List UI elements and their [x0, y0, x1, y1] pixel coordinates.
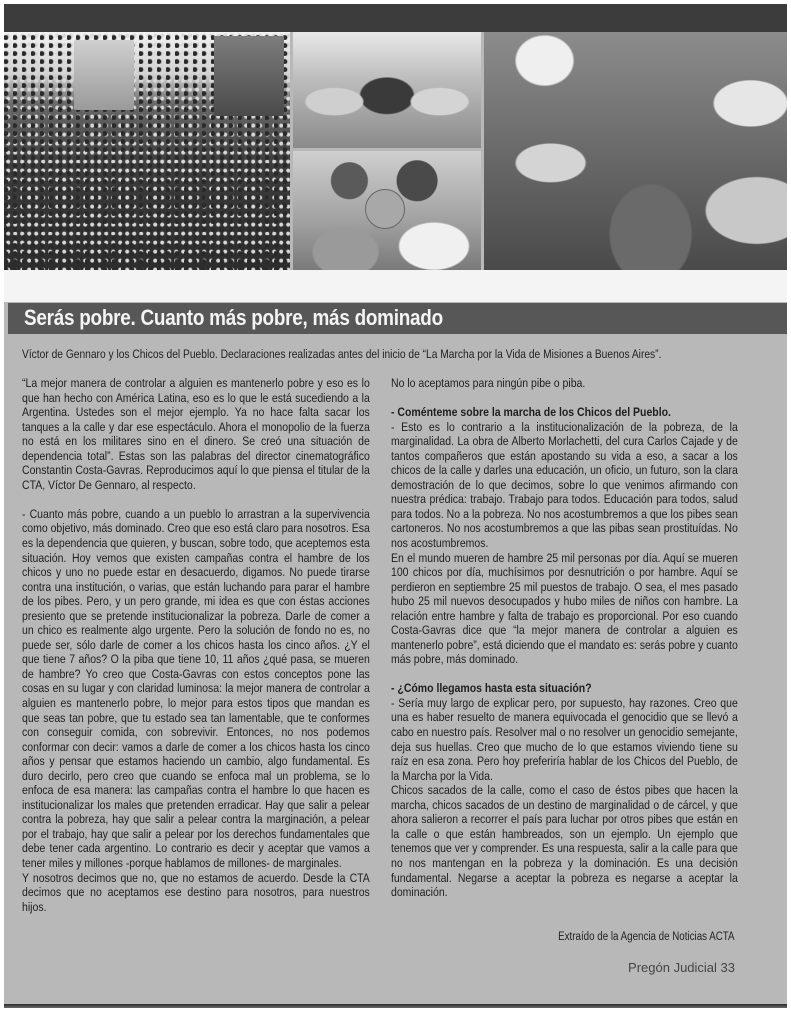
article-subtitle: Víctor de Gennaro y los Chicos del Puebl…	[22, 347, 661, 361]
headline-bar: Serás pobre. Cuanto más pobre, más domin…	[8, 303, 787, 334]
page-footer: Pregón Judicial 33	[628, 960, 735, 975]
answer-1-paragraph: - Esto es lo contrario a la instituciona…	[391, 420, 738, 551]
answer-paragraph-end: Y nosotros decimos que no, que no estamo…	[22, 871, 370, 915]
answer-2-paragraph: Chicos sacados de la calle, como el caso…	[391, 783, 738, 899]
source-credit: Extraído de la Agencia de Noticias ACTA	[559, 931, 735, 943]
left-column: “La mejor manera de controlar a alguien …	[22, 376, 370, 914]
photo-crowd-march	[4, 32, 290, 270]
answer-paragraph: - Cuanto más pobre, cuando a un pueblo l…	[22, 507, 370, 871]
photo-separator	[4, 270, 787, 302]
question-1: - Coménteme sobre la marcha de los Chico…	[391, 405, 738, 420]
page-bottom-edge	[4, 1004, 787, 1008]
article-headline: Serás pobre. Cuanto más pobre, más domin…	[24, 305, 443, 331]
answer-1-paragraph: En el mundo mueren de hambre 25 mil pers…	[391, 551, 738, 667]
photo-children-sign	[293, 151, 481, 270]
photo-children-caps	[484, 32, 787, 270]
question-2: - ¿Cómo llegamos hasta esta situación?	[391, 681, 738, 696]
photo-children-vests	[293, 32, 481, 148]
intro-paragraph: “La mejor manera de controlar a alguien …	[22, 376, 370, 492]
right-column: No lo aceptamos para ningún pibe o piba.…	[391, 376, 738, 900]
top-dark-band	[4, 4, 787, 32]
answer-2-paragraph: - Sería muy largo de explicar pero, por …	[391, 696, 738, 783]
opening-line: No lo aceptamos para ningún pibe o piba.	[391, 376, 738, 391]
magazine-page: Serás pobre. Cuanto más pobre, más domin…	[4, 4, 787, 1006]
